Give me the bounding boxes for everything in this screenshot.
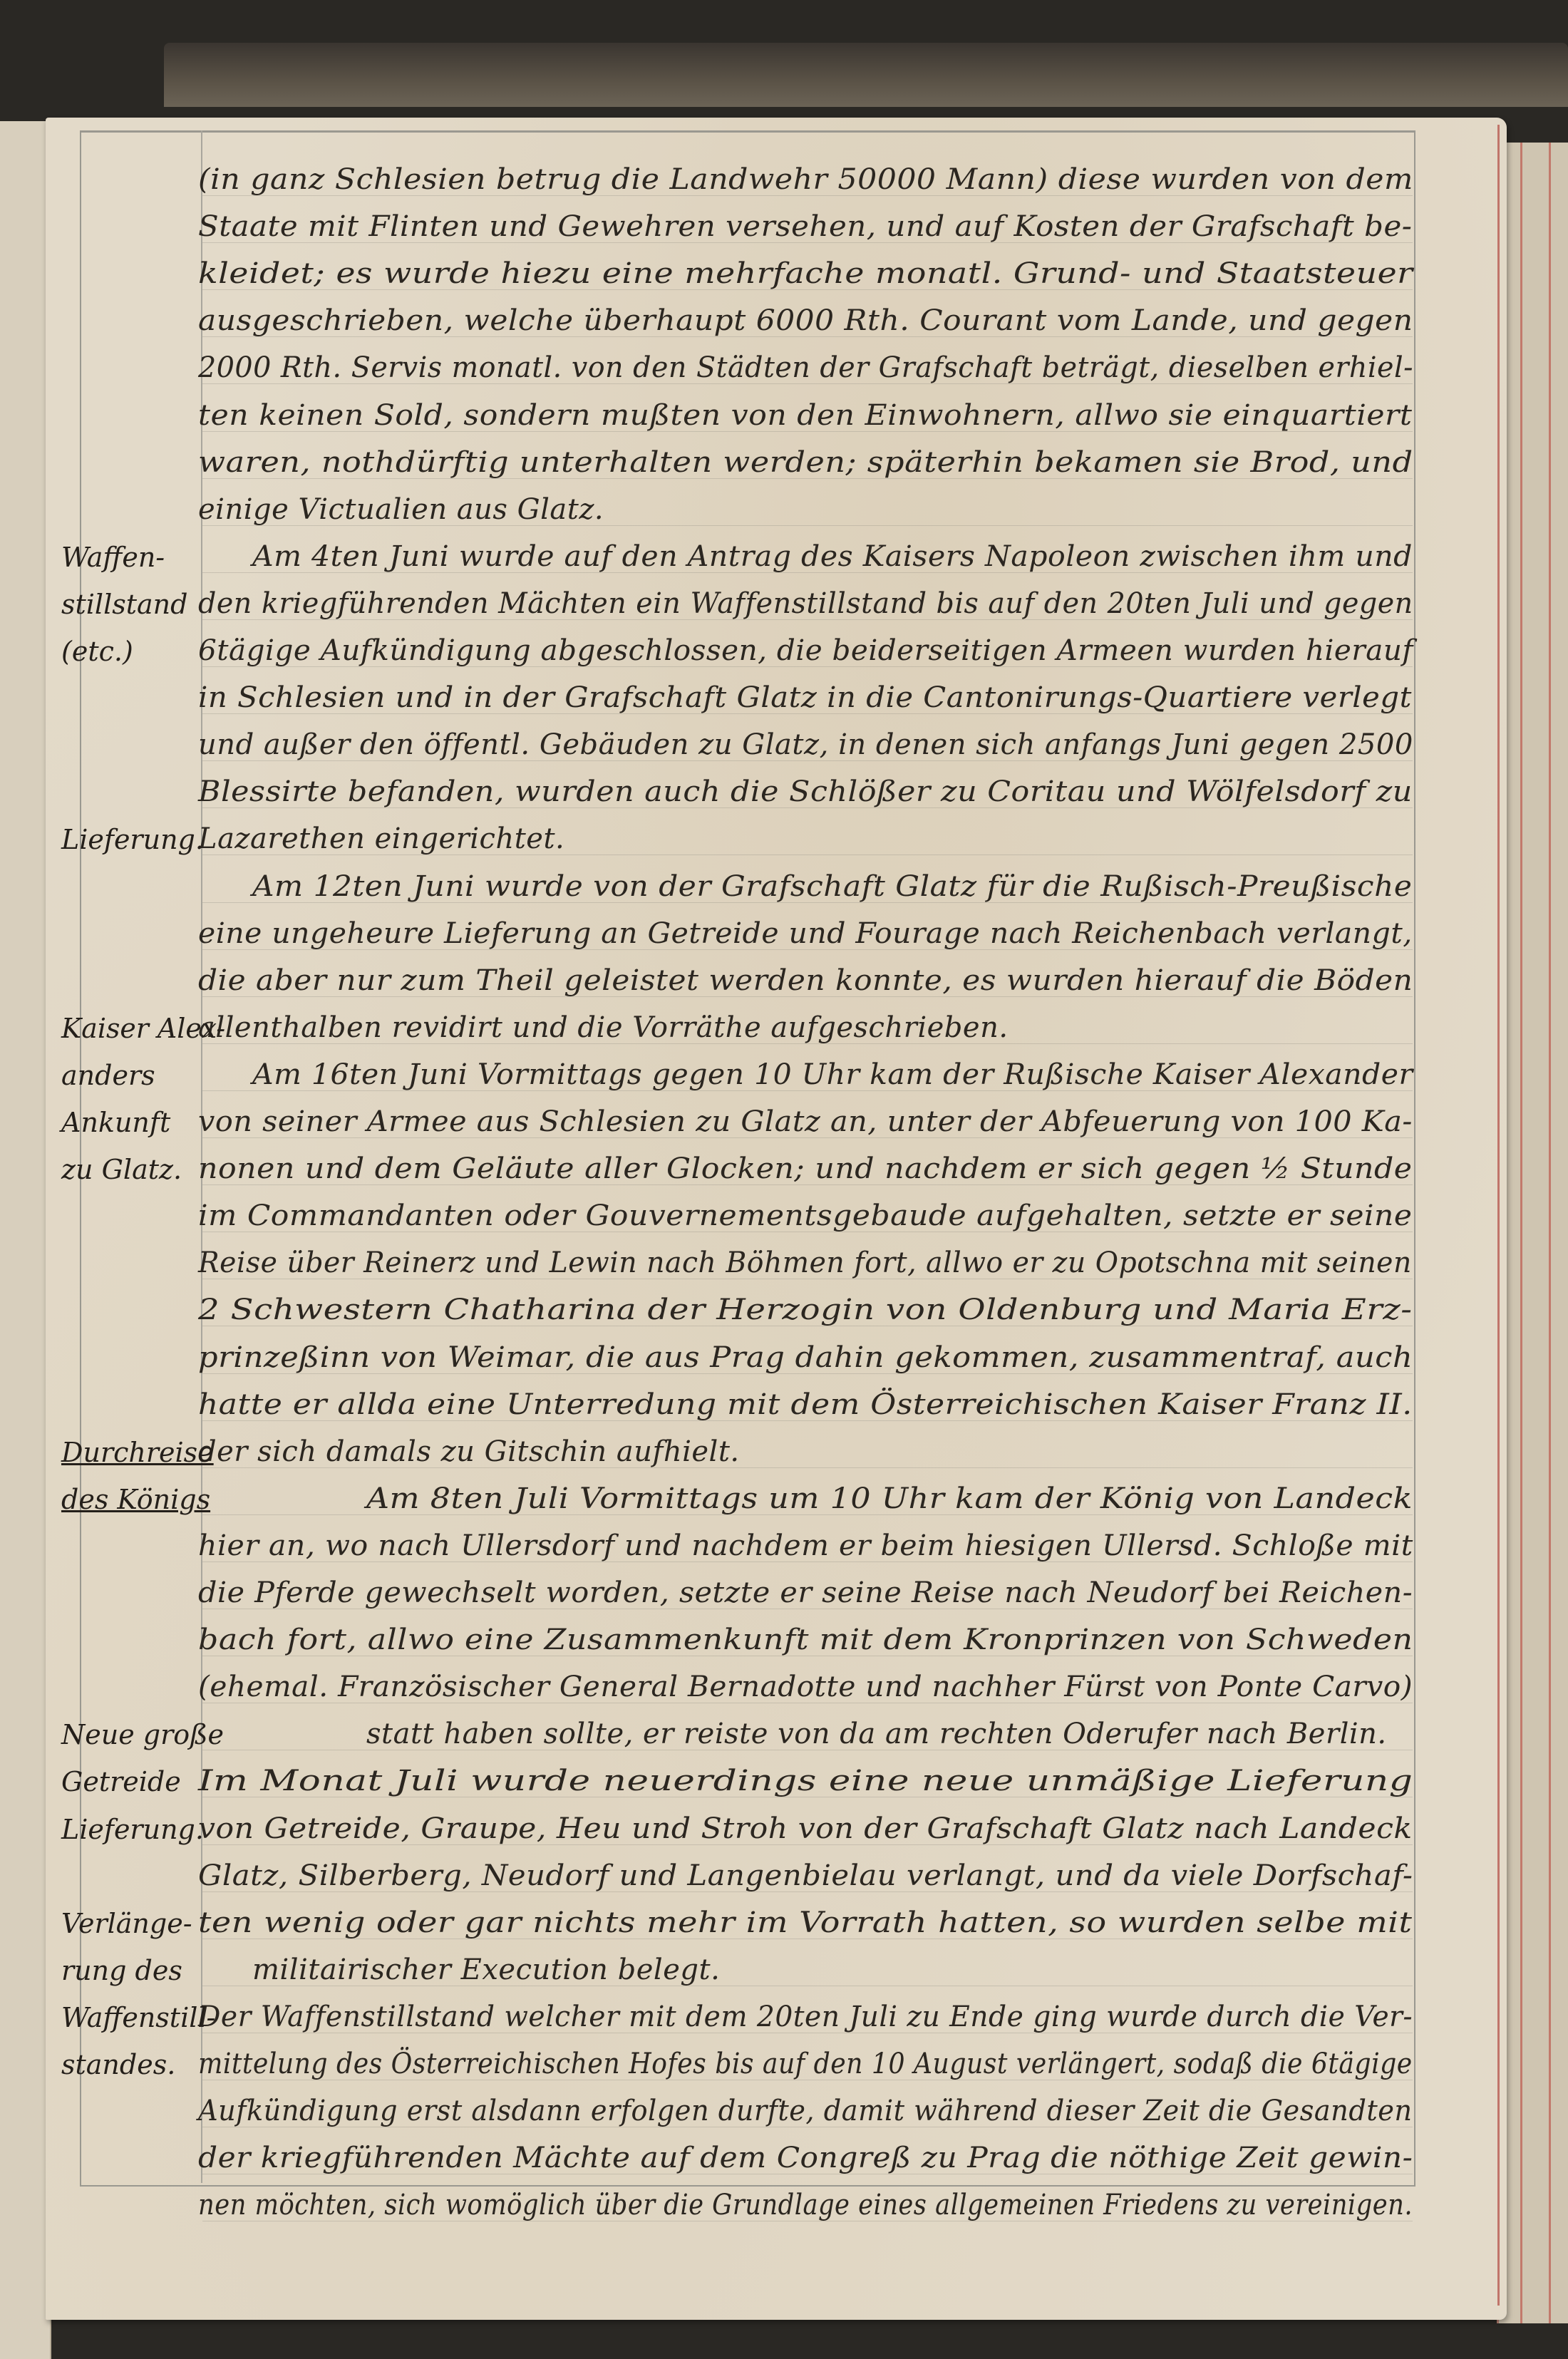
margin-note: Ankunft bbox=[61, 1109, 170, 1136]
manuscript-line: ausgeschrieben, welche überhaupt 6000 Rt… bbox=[198, 306, 1413, 335]
manuscript-line: Blessirte befanden, wurden auch die Schl… bbox=[198, 778, 1413, 806]
margin-note: rung des bbox=[61, 1957, 182, 1984]
margin-note: des Königs bbox=[61, 1486, 210, 1513]
margin-note: Lieferung. bbox=[61, 1816, 204, 1843]
manuscript-line: Reise über Reinerz und Lewin nach Böhmen… bbox=[198, 1249, 1412, 1277]
manuscript-line: Am 8ten Juli Vormittags um 10 Uhr kam de… bbox=[366, 1485, 1413, 1513]
manuscript-line: die Pferde gewechselt worden, setzte er … bbox=[198, 1579, 1413, 1607]
margin-note: Kaiser Alex- bbox=[61, 1015, 225, 1042]
manuscript-line: und außer den öffentl. Gebäuden zu Glatz… bbox=[198, 731, 1413, 759]
red-page-edge bbox=[1520, 143, 1522, 2323]
book-binding-top bbox=[164, 43, 1568, 107]
page-stack-edge bbox=[1497, 143, 1568, 2323]
margin-note: Durchreise bbox=[61, 1439, 214, 1466]
margin-note: standes. bbox=[61, 2051, 175, 2078]
previous-page-edge bbox=[0, 121, 51, 2359]
manuscript-line: nen möchten, sich womöglich über die Gru… bbox=[198, 2191, 1413, 2219]
margin-note: (etc.) bbox=[61, 638, 133, 665]
manuscript-line: der sich damals zu Gitschin aufhielt. bbox=[198, 1437, 740, 1466]
margin-note: Neue große bbox=[61, 1721, 224, 1748]
manuscript-line: ten keinen Sold, sondern mußten von den … bbox=[198, 401, 1412, 430]
manuscript-line: Der Waffenstillstand welcher mit dem 20t… bbox=[198, 2003, 1413, 2031]
margin-note: Lieferung. bbox=[61, 826, 204, 853]
manuscript-line: Am 12ten Juni wurde von der Grafschaft G… bbox=[252, 872, 1412, 901]
margin-note: Verlänge- bbox=[61, 1910, 192, 1937]
manuscript-line: hatte er allda eine Unterredung mit dem … bbox=[198, 1390, 1413, 1419]
manuscript-line: waren, nothdürftig unterhalten werden; s… bbox=[198, 448, 1413, 477]
manuscript-line: Am 16ten Juni Vormittags gegen 10 Uhr ka… bbox=[252, 1060, 1413, 1089]
manuscript-line: von Getreide, Graupe, Heu und Stroh von … bbox=[198, 1815, 1413, 1843]
margin-note: Getreide bbox=[61, 1768, 181, 1795]
manuscript-line: eine ungeheure Lieferung an Getreide und… bbox=[198, 919, 1413, 948]
red-page-edge bbox=[1497, 125, 1500, 2306]
manuscript-line: der kriegführenden Mächte auf dem Congre… bbox=[198, 2144, 1413, 2172]
margin-note: Waffenstill- bbox=[61, 2004, 215, 2031]
manuscript-line: Glatz, Silberberg, Neudorf und Langenbie… bbox=[198, 1862, 1413, 1890]
margin-note: stillstand bbox=[61, 591, 187, 618]
red-page-edge bbox=[1549, 143, 1551, 2323]
manuscript-line: 2000 Rth. Servis monatl. von den Städten… bbox=[198, 353, 1413, 382]
manuscript-line: hier an, wo nach Ullersdorf und nachdem … bbox=[198, 1532, 1413, 1560]
manuscript-line: Im Monat Juli wurde neuerdings eine neue… bbox=[198, 1767, 1413, 1795]
manuscript-line: die aber nur zum Theil geleistet werden … bbox=[198, 966, 1413, 995]
manuscript-line: Am 4ten Juni wurde auf den Antrag des Ka… bbox=[252, 542, 1413, 571]
manuscript-line: Aufkündigung erst alsdann erfolgen durft… bbox=[198, 2097, 1413, 2125]
manuscript-line: 6tägige Aufkündigung abgeschlossen, die … bbox=[198, 636, 1413, 665]
manuscript-line: den kriegführenden Mächten ein Waffensti… bbox=[198, 589, 1413, 618]
manuscript-line: kleidet; es wurde hiezu eine mehrfache m… bbox=[198, 259, 1413, 288]
margin-note: Waffen- bbox=[61, 544, 165, 571]
manuscript-line: im Commandanten oder Gouvernementsgebaud… bbox=[198, 1202, 1413, 1230]
manuscript-line: mittelung des Österreichischen Hofes bis… bbox=[198, 2050, 1413, 2078]
manuscript-line: bach fort, allwo eine Zusammenkunft mit … bbox=[198, 1626, 1413, 1654]
margin-note: anders bbox=[61, 1062, 155, 1089]
manuscript-line: ten wenig oder gar nichts mehr im Vorrat… bbox=[198, 1909, 1413, 1937]
manuscript-line: in Schlesien und in der Grafschaft Glatz… bbox=[198, 683, 1412, 712]
manuscript-line: (ehemal. Französischer General Bernadott… bbox=[198, 1673, 1413, 1701]
manuscript-page: (in ganz Schlesien betrug die Landwehr 5… bbox=[46, 118, 1507, 2320]
manuscript-line: militairischer Execution belegt. bbox=[252, 1956, 720, 1984]
manuscript-line: statt haben sollte, er reiste von da am … bbox=[366, 1720, 1387, 1748]
manuscript-line: prinzeßinn von Weimar, die aus Prag dahi… bbox=[198, 1343, 1413, 1372]
manuscript-line: von seiner Armee aus Schlesien zu Glatz … bbox=[198, 1108, 1413, 1136]
margin-note: zu Glatz. bbox=[61, 1156, 182, 1183]
manuscript-line: einige Victualien aus Glatz. bbox=[198, 495, 604, 524]
manuscript-line: 2 Schwestern Chatharina der Herzogin von… bbox=[198, 1296, 1413, 1324]
manuscript-line: allenthalben revidirt und die Vorräthe a… bbox=[198, 1013, 1009, 1042]
manuscript-line: Lazarethen eingerichtet. bbox=[198, 825, 564, 853]
manuscript-line: Staate mit Flinten und Gewehren versehen… bbox=[198, 212, 1412, 241]
manuscript-line: nonen und dem Geläute aller Glocken; und… bbox=[198, 1155, 1413, 1183]
manuscript-line: (in ganz Schlesien betrug die Landwehr 5… bbox=[198, 165, 1413, 194]
